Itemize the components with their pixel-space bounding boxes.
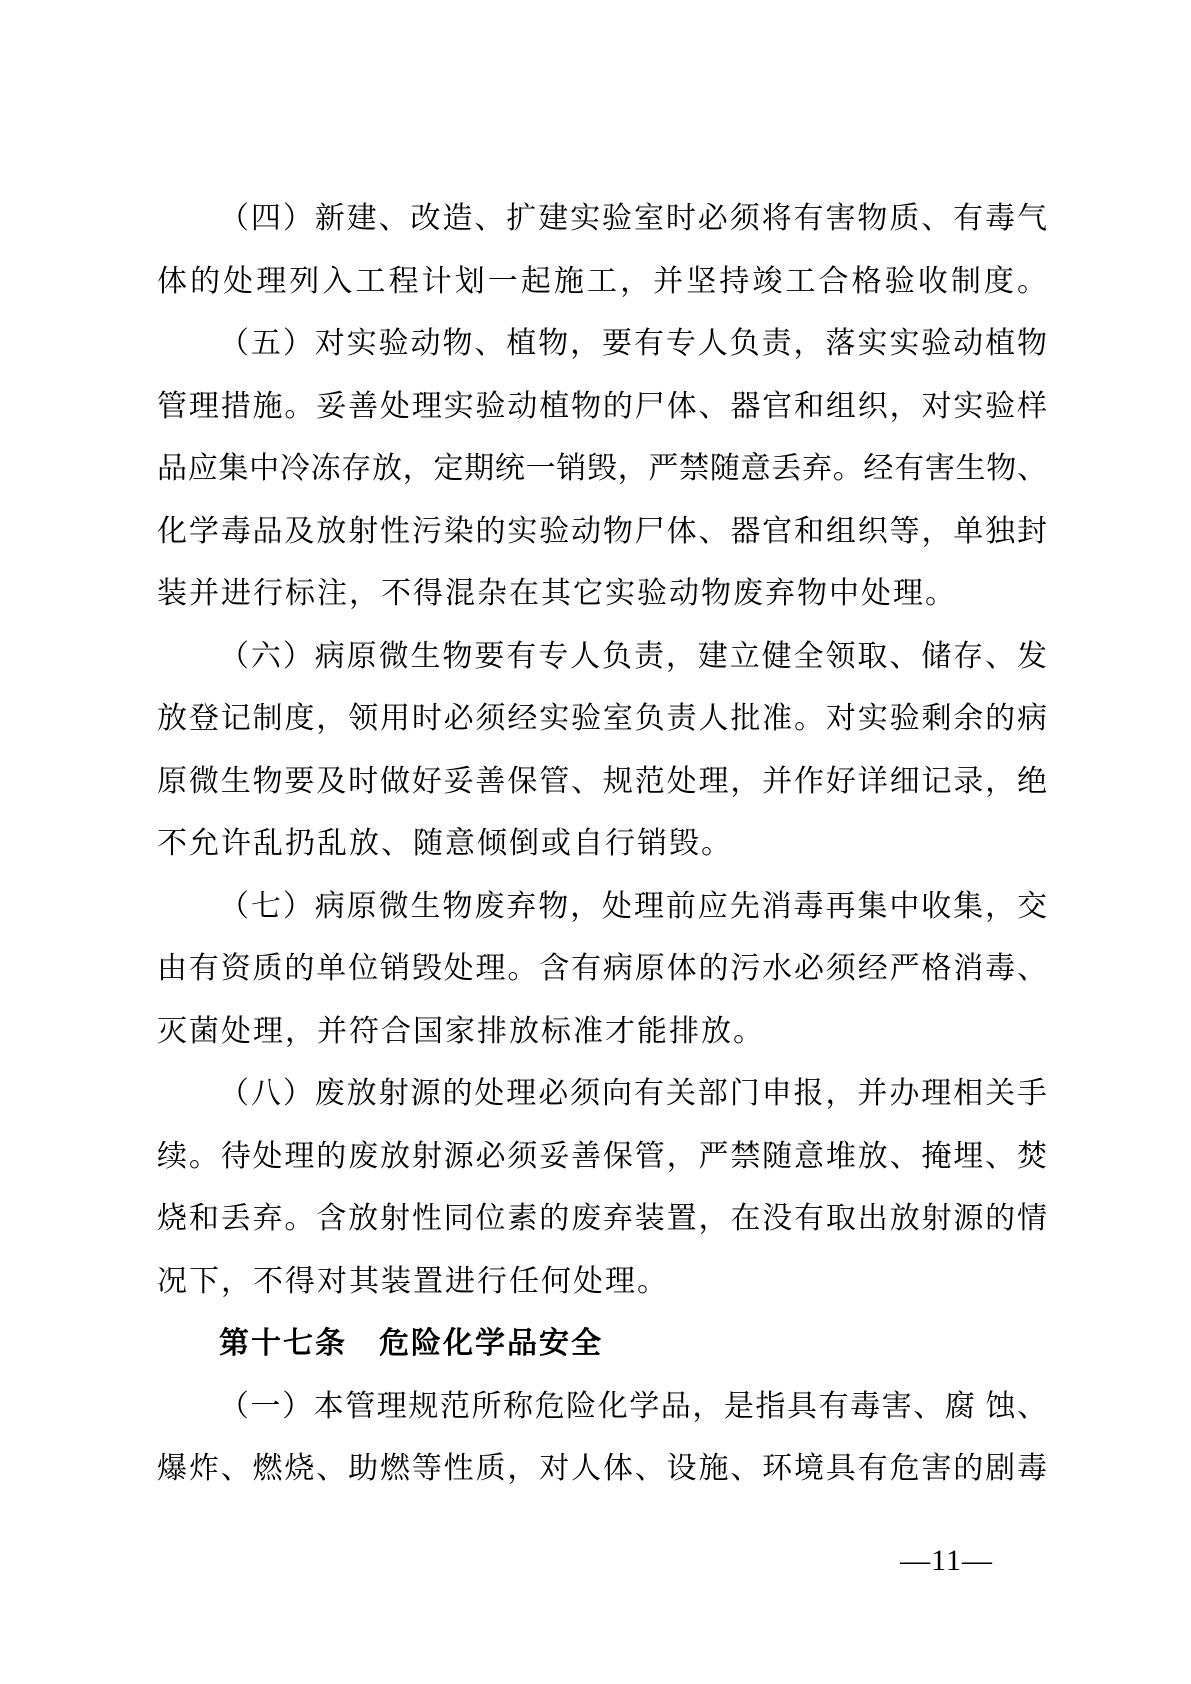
document-line: 况下，不得对其装置进行任何处理。 — [157, 1251, 1047, 1314]
document-line: 体的处理列入工程计划一起施工，并坚持竣工合格验收制度。 — [157, 251, 1047, 314]
paragraph-item-8: （八）废放射源的处理必须向有关部门申报，并办理相关手 续。待处理的废放射源必须妥… — [157, 1063, 1047, 1313]
document-line: 化学毒品及放射性污染的实验动物尸体、器官和组织等，单独封 — [157, 501, 1047, 564]
paragraph-item-4: （四）新建、改造、扩建实验室时必须将有害物质、有毒气 体的处理列入工程计划一起施… — [157, 188, 1047, 313]
document-line: 管理措施。妥善处理实验动植物的尸体、器官和组织，对实验样 — [157, 376, 1047, 439]
section-heading: 第十七条 危险化学品安全 — [157, 1313, 1047, 1376]
document-line: 灭菌处理，并符合国家排放标准才能排放。 — [157, 1001, 1047, 1064]
paragraph-item-5: （五）对实验动物、植物，要有专人负责，落实实验动植物 管理措施。妥善处理实验动植… — [157, 313, 1047, 626]
section-heading-article-17: 第十七条 危险化学品安全 — [157, 1313, 1047, 1376]
document-line: （五）对实验动物、植物，要有专人负责，落实实验动植物 — [157, 313, 1047, 376]
document-body: （四）新建、改造、扩建实验室时必须将有害物质、有毒气 体的处理列入工程计划一起施… — [157, 188, 1047, 1501]
document-line: 原微生物要及时做好妥善保管、规范处理，并作好详细记录，绝 — [157, 751, 1047, 814]
page-number: —11— — [900, 1546, 993, 1576]
document-line: 由有资质的单位销毁处理。含有病原体的污水必须经严格消毒、 — [157, 938, 1047, 1001]
document-line: 不允许乱扔乱放、随意倾倒或自行销毁。 — [157, 813, 1047, 876]
document-line: （四）新建、改造、扩建实验室时必须将有害物质、有毒气 — [157, 188, 1047, 251]
document-line: （六）病原微生物要有专人负责，建立健全领取、储存、发 — [157, 626, 1047, 689]
paragraph-item-6: （六）病原微生物要有专人负责，建立健全领取、储存、发 放登记制度，领用时必须经实… — [157, 626, 1047, 876]
document-line: 爆炸、燃烧、助燃等性质，对人体、设施、环境具有危害的剧毒 — [157, 1438, 1047, 1501]
document-line: 品应集中冷冻存放，定期统一销毁，严禁随意丢弃。经有害生物、 — [157, 438, 1047, 501]
document-line: （一）本管理规范所称危险化学品，是指具有毒害、腐 蚀、 — [157, 1376, 1047, 1439]
document-line: （八）废放射源的处理必须向有关部门申报，并办理相关手 — [157, 1063, 1047, 1126]
document-line: 续。待处理的废放射源必须妥善保管，严禁随意堆放、掩埋、焚 — [157, 1126, 1047, 1189]
document-line: 装并进行标注，不得混杂在其它实验动物废弃物中处理。 — [157, 563, 1047, 626]
document-line: 烧和丢弃。含放射性同位素的废弃装置，在没有取出放射源的情 — [157, 1188, 1047, 1251]
document-line: （七）病原微生物废弃物，处理前应先消毒再集中收集，交 — [157, 876, 1047, 939]
document-page: （四）新建、改造、扩建实验室时必须将有害物质、有毒气 体的处理列入工程计划一起施… — [0, 0, 1191, 1684]
document-line: 放登记制度，领用时必须经实验室负责人批准。对实验剩余的病 — [157, 688, 1047, 751]
paragraph-item-7: （七）病原微生物废弃物，处理前应先消毒再集中收集，交 由有资质的单位销毁处理。含… — [157, 876, 1047, 1064]
paragraph-item-1: （一）本管理规范所称危险化学品，是指具有毒害、腐 蚀、 爆炸、燃烧、助燃等性质，… — [157, 1376, 1047, 1501]
